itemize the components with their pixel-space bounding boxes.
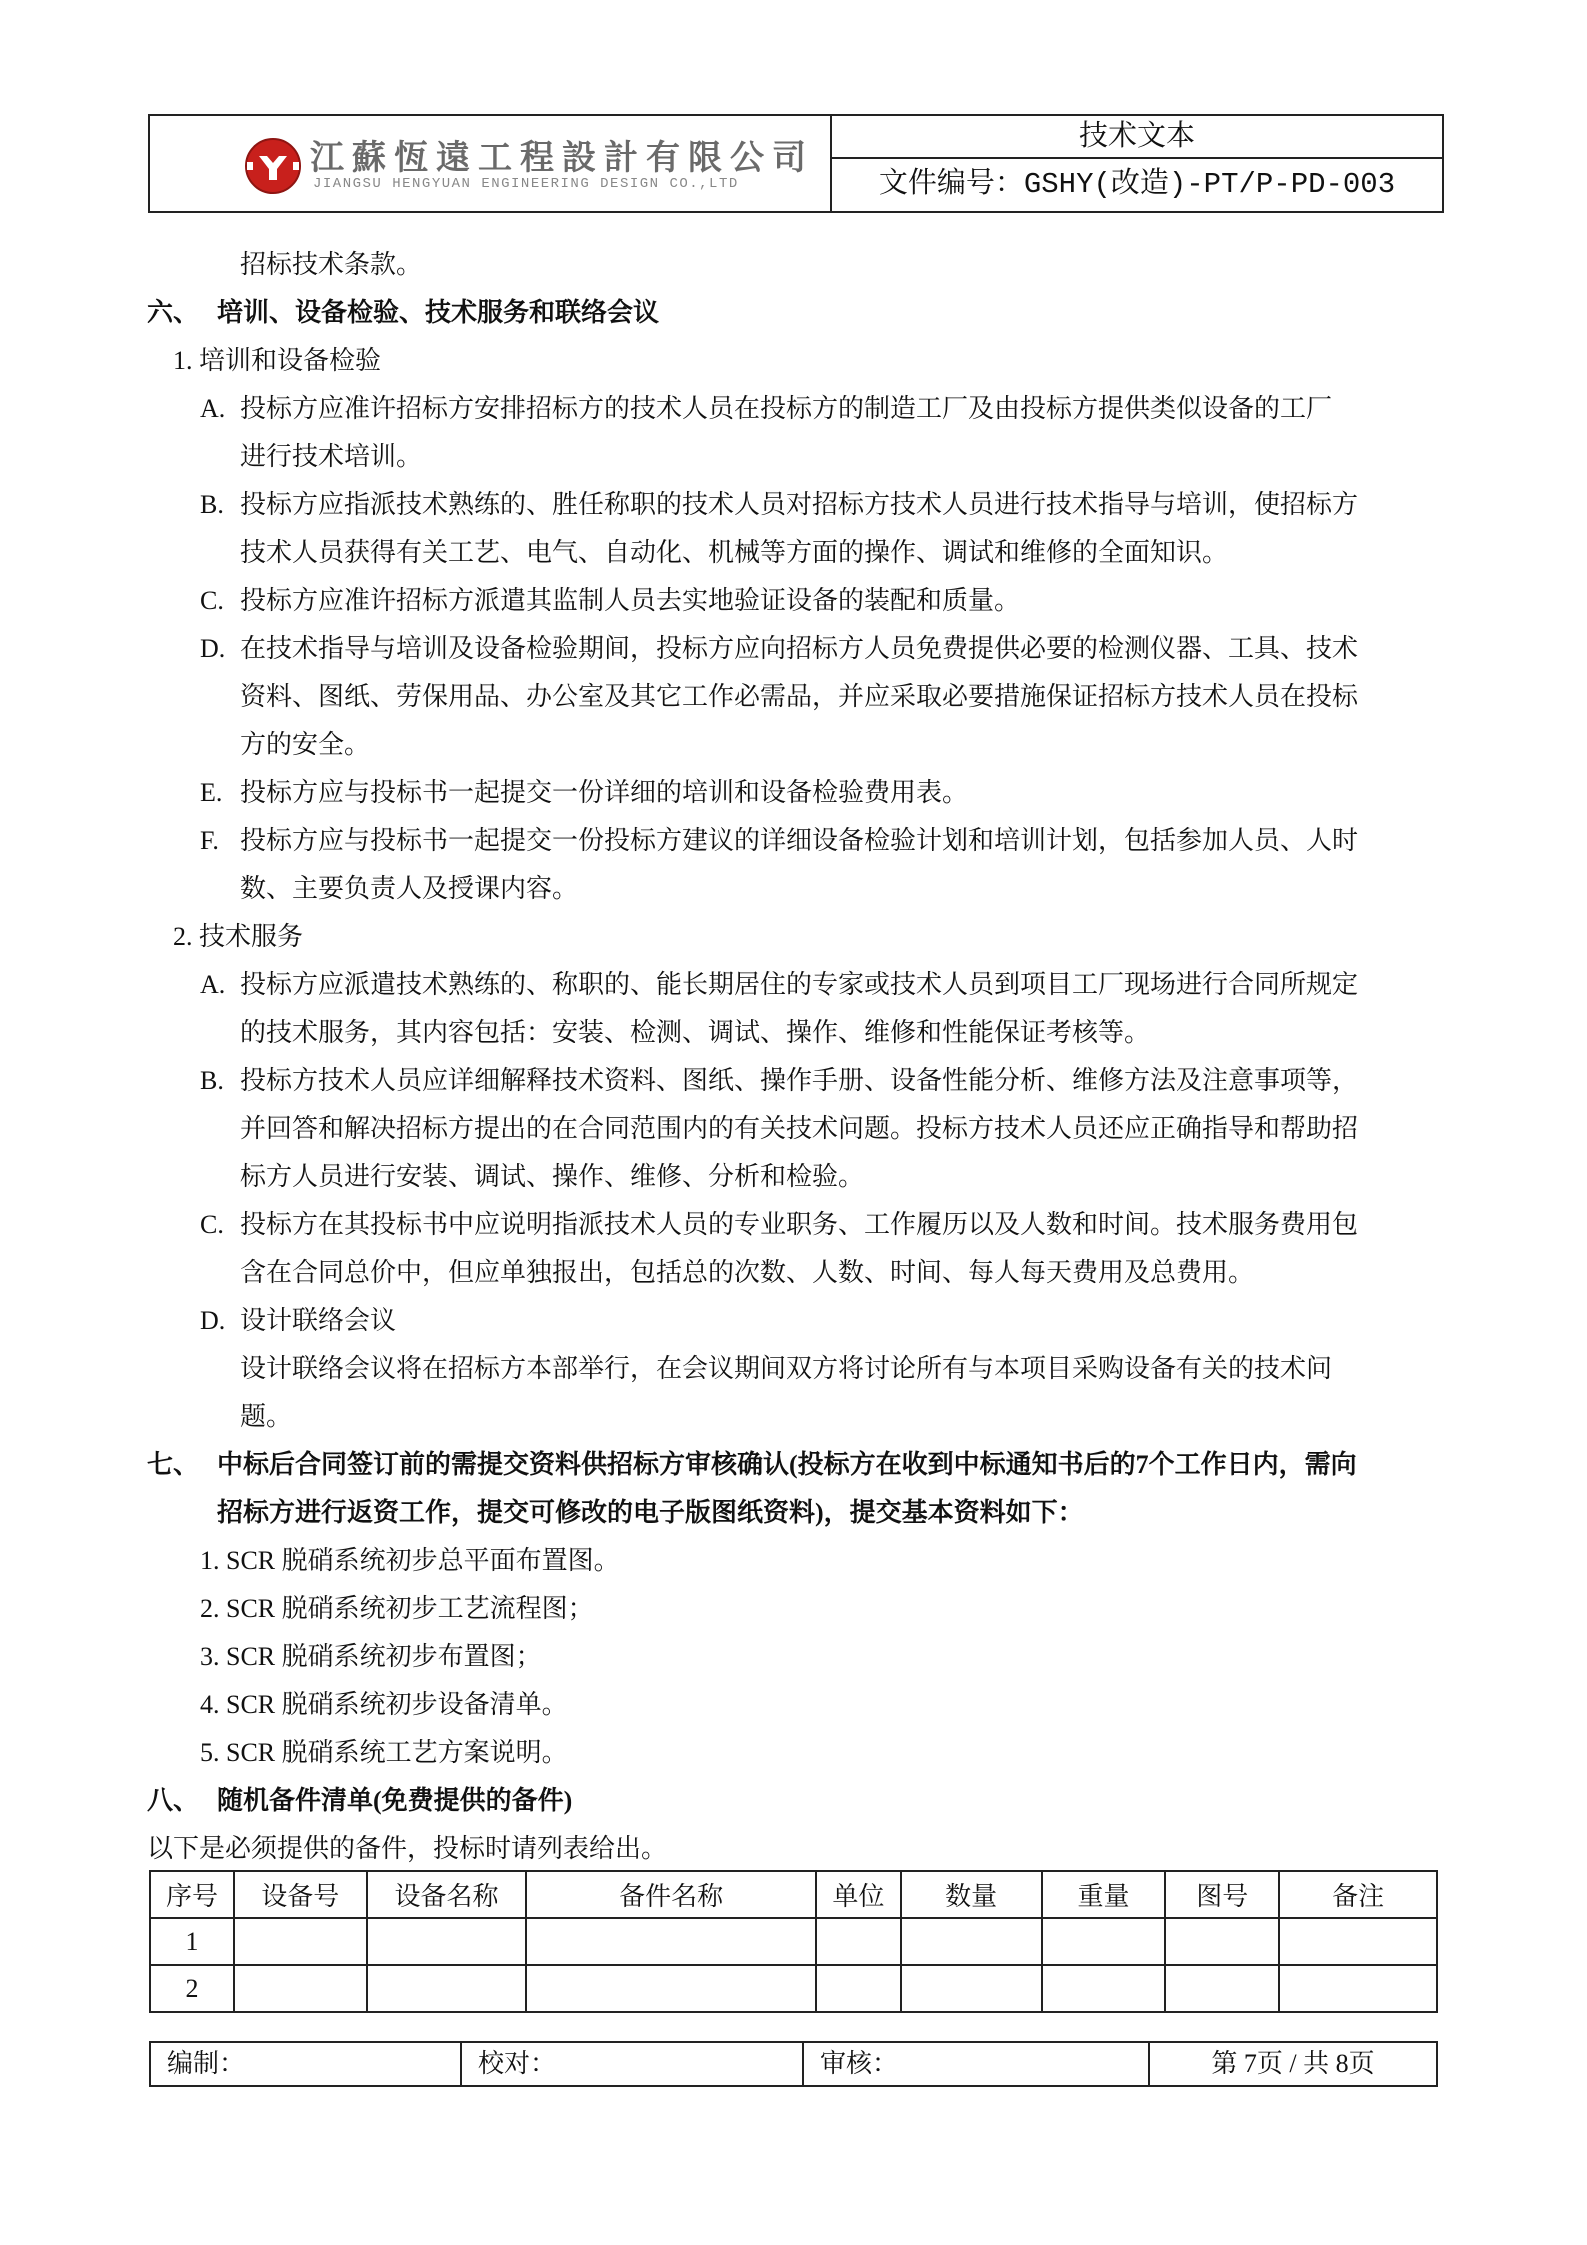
item-mark: C. <box>200 584 224 618</box>
deliverable-item: 5. SCR 脱硝系统工艺方案说明。 <box>200 1736 568 1770</box>
item-text: 投标方应派遣技术熟练的、称职的、能长期居住的专家或技术人员到项目工厂现场进行合同… <box>240 968 1358 1002</box>
table-cell <box>234 1965 367 2012</box>
document-page: 江蘇恆遠工程設計有限公司 JIANGSU HENGYUAN ENGINEERIN… <box>0 0 1587 2245</box>
company-logo-block: 江蘇恆遠工程設計有限公司 JIANGSU HENGYUAN ENGINEERIN… <box>150 116 832 211</box>
item-text: 标方人员进行安装、调试、操作、维修、分析和检验。 <box>240 1160 864 1194</box>
item-text: 技术人员获得有关工艺、电气、自动化、机械等方面的操作、调试和维修的全面知识。 <box>240 536 1228 570</box>
deliverable-item: 4. SCR 脱硝系统初步设备清单。 <box>200 1688 568 1722</box>
item-text: 投标方应与投标书一起提交一份投标方建议的详细设备检验计划和培训计划，包括参加人员… <box>240 824 1358 858</box>
doc-code: 文件编号：GSHY(改造)-PT/P-PD-003 <box>832 159 1442 211</box>
item-text: 投标方应准许招标方派遣其监制人员去实地验证设备的装配和质量。 <box>240 584 1020 618</box>
item-mark: E. <box>200 776 222 810</box>
column-header: 序号 <box>150 1871 234 1918</box>
item-text: 设计联络会议将在招标方本部举行，在会议期间双方将讨论所有与本项目采购设备有关的技… <box>240 1352 1332 1386</box>
item-text: 投标方应指派技术熟练的、胜任称职的技术人员对招标方技术人员进行技术指导与培训，使… <box>240 488 1358 522</box>
column-header: 重量 <box>1042 1871 1166 1918</box>
column-header: 设备号 <box>234 1871 367 1918</box>
item-mark: B. <box>200 1064 224 1098</box>
compiled-by-field: 编制： <box>151 2043 462 2085</box>
table-cell <box>526 1918 815 1965</box>
item-text: 方的安全。 <box>240 728 370 762</box>
signature-footer: 编制： 校对： 审核： 第 7页 / 共 8页 <box>149 2041 1438 2087</box>
item-text: 的技术服务，其内容包括：安装、检测、调试、操作、维修和性能保证考核等。 <box>240 1016 1150 1050</box>
item-mark: C. <box>200 1208 224 1242</box>
page-number: 第 7页 / 共 8页 <box>1150 2043 1436 2085</box>
item-text: 题。 <box>240 1400 292 1434</box>
item-mark: F. <box>200 824 219 858</box>
item-mark: A. <box>200 392 225 426</box>
item-text: 数、主要负责人及授课内容。 <box>240 872 578 906</box>
column-header: 备件名称 <box>526 1871 815 1918</box>
company-logo-icon <box>245 138 301 194</box>
item-text: 资料、图纸、劳保用品、办公室及其它工作必需品，并应采取必要措施保证招标方技术人员… <box>240 680 1358 714</box>
section-6-number: 六、 <box>147 296 199 330</box>
item-text: 在技术指导与培训及设备检验期间，投标方应向招标方人员免费提供必要的检测仪器、工具… <box>240 632 1358 666</box>
item-text: 并回答和解决招标方提出的在合同范围内的有关技术问题。投标方技术人员还应正确指导和… <box>240 1112 1358 1146</box>
item-text: 投标方应准许招标方安排招标方的技术人员在投标方的制造工厂及由投标方提供类似设备的… <box>240 392 1332 426</box>
item-text: 投标方在其投标书中应说明指派技术人员的专业职务、工作履历以及人数和时间。技术服务… <box>240 1208 1358 1242</box>
item-mark: D. <box>200 1304 225 1338</box>
item-mark: B. <box>200 488 224 522</box>
table-cell <box>234 1918 367 1965</box>
table-cell <box>901 1965 1042 2012</box>
deliverable-item: 2. SCR 脱硝系统初步工艺流程图； <box>200 1592 594 1626</box>
reviewed-by-field: 审核： <box>804 2043 1150 2085</box>
table-cell <box>816 1965 901 2012</box>
column-header: 单位 <box>816 1871 901 1918</box>
table-cell <box>816 1918 901 1965</box>
item-mark: A. <box>200 968 225 1002</box>
item-mark: D. <box>200 632 225 666</box>
table-cell: 1 <box>150 1918 234 1965</box>
table-cell <box>1165 1918 1279 1965</box>
column-header: 备注 <box>1279 1871 1437 1918</box>
section-8-note: 以下是必须提供的备件，投标时请列表给出。 <box>147 1832 667 1866</box>
spare-parts-table: 序号 设备号 设备名称 备件名称 单位 数量 重量 图号 备注 1 2 <box>149 1870 1438 2013</box>
section-7-number: 七、 <box>147 1448 199 1482</box>
deliverable-item: 1. SCR 脱硝系统初步总平面布置图。 <box>200 1544 620 1578</box>
item-text: 投标方技术人员应详细解释技术资料、图纸、操作手册、设备性能分析、维修方法及注意事… <box>240 1064 1358 1098</box>
item-text: 含在合同总价中，但应单独报出，包括总的次数、人数、时间、每人每天费用及总费用。 <box>240 1256 1254 1290</box>
table-cell <box>1279 1965 1437 2012</box>
checked-by-field: 校对： <box>462 2043 804 2085</box>
company-name-cn: 江蘇恆遠工程設計有限公司 <box>310 130 814 179</box>
table-cell <box>1165 1965 1279 2012</box>
table-cell <box>901 1918 1042 1965</box>
item-text: 投标方应与投标书一起提交一份详细的培训和设备检验费用表。 <box>240 776 968 810</box>
column-header: 数量 <box>901 1871 1042 1918</box>
subsection-1-title: 1. 培训和设备检验 <box>173 344 381 378</box>
doc-type: 技术文本 <box>832 116 1442 159</box>
section-6-title: 培训、设备检验、技术服务和联络会议 <box>217 296 659 330</box>
document-header: 江蘇恆遠工程設計有限公司 JIANGSU HENGYUAN ENGINEERIN… <box>148 114 1444 213</box>
table-cell <box>367 1965 527 2012</box>
deliverable-item: 3. SCR 脱硝系统初步布置图； <box>200 1640 542 1674</box>
table-cell <box>526 1965 815 2012</box>
column-header: 设备名称 <box>367 1871 527 1918</box>
table-row: 2 <box>150 1965 1437 2012</box>
company-name-en: JIANGSU HENGYUAN ENGINEERING DESIGN CO.,… <box>313 176 739 192</box>
table-cell <box>1042 1965 1166 2012</box>
table-cell <box>1279 1918 1437 1965</box>
column-header: 图号 <box>1165 1871 1279 1918</box>
section-7-title-cont: 招标方进行返资工作，提交可修改的电子版图纸资料)，提交基本资料如下： <box>217 1496 1084 1530</box>
table-cell <box>1042 1918 1166 1965</box>
section-7-title: 中标后合同签订前的需提交资料供招标方审核确认(投标方在收到中标通知书后的7个工作… <box>217 1448 1357 1482</box>
table-header-row: 序号 设备号 设备名称 备件名称 单位 数量 重量 图号 备注 <box>150 1871 1437 1918</box>
item-text: 进行技术培训。 <box>240 440 422 474</box>
doc-info-block: 技术文本 文件编号：GSHY(改造)-PT/P-PD-003 <box>832 116 1442 211</box>
subsection-2-title: 2. 技术服务 <box>173 920 303 954</box>
table-cell: 2 <box>150 1965 234 2012</box>
section-8-number: 八、 <box>147 1784 199 1818</box>
intro-tail: 招标技术条款。 <box>240 248 422 282</box>
section-8-title: 随机备件清单(免费提供的备件) <box>217 1784 572 1818</box>
item-text: 设计联络会议 <box>240 1304 396 1338</box>
table-cell <box>367 1918 527 1965</box>
table-row: 1 <box>150 1918 1437 1965</box>
